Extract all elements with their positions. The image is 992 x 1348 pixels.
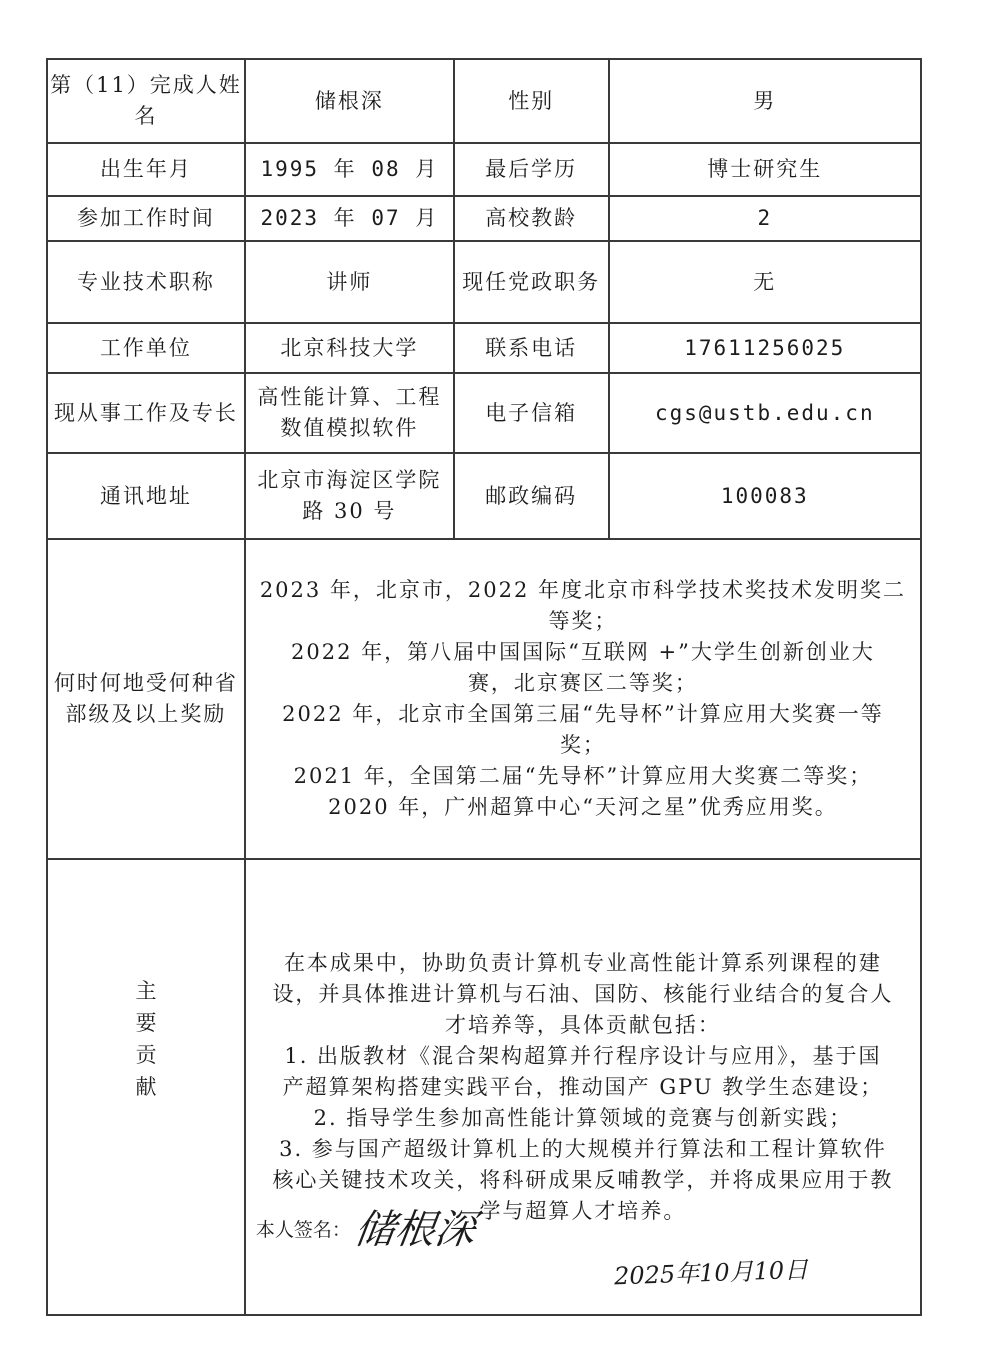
education-label: 最后学历 <box>454 143 609 196</box>
teaching-years-value: 2 <box>609 196 921 241</box>
table-row: 现从事工作及专长 高性能计算、工程数值模拟软件 电子信箱 cgs@ustb.ed… <box>47 373 921 453</box>
contribution-line: 才培养等，具体贡献包括： <box>246 1010 920 1041</box>
phone-label: 联系电话 <box>454 323 609 373</box>
employer-label: 工作单位 <box>47 323 245 373</box>
handwritten-date: 2025年10月10日 <box>613 1255 808 1293</box>
awards-list: 2023 年，北京市，2022 年度北京市科学技术奖技术发明奖二 等奖； 202… <box>245 539 921 859</box>
personal-info-table: 第（11）完成人姓名 储根深 性别 男 出生年月 1995 年 08 月 最后学… <box>46 58 922 1316</box>
name-label: 第（11）完成人姓名 <box>47 59 245 143</box>
award-line: 赛，北京赛区二等奖； <box>246 668 920 699</box>
contribution-line: 产超算架构搭建实践平台，推动国产 GPU 教学生态建设； <box>246 1072 920 1103</box>
contribution-line: 核心关键技术攻关，将科研成果反哺教学，并将成果应用于教 <box>246 1165 920 1196</box>
teaching-years-label: 高校教龄 <box>454 196 609 241</box>
contribution-line: 2. 指导学生参加高性能计算领域的竞赛与创新实践； <box>246 1103 920 1134</box>
handwritten-signature: 储根深 <box>353 1215 477 1246</box>
professional-title-value: 讲师 <box>245 241 454 323</box>
signature-label: 本人签名： <box>256 1215 351 1246</box>
award-line: 等奖； <box>246 606 920 637</box>
award-line: 2020 年，广州超算中心“天河之星”优秀应用奖。 <box>246 792 920 823</box>
contribution-line: 3. 参与国产超级计算机上的大规模并行算法和工程计算软件 <box>246 1134 920 1165</box>
award-line: 奖； <box>246 730 920 761</box>
employer-value: 北京科技大学 <box>245 323 454 373</box>
specialty-value: 高性能计算、工程数值模拟软件 <box>245 373 454 453</box>
email-value: cgs@ustb.edu.cn <box>609 373 921 453</box>
email-label: 电子信箱 <box>454 373 609 453</box>
phone-value: 17611256025 <box>609 323 921 373</box>
address-label: 通讯地址 <box>47 453 245 539</box>
party-post-value: 无 <box>609 241 921 323</box>
birth-label: 出生年月 <box>47 143 245 196</box>
address-value: 北京市海淀区学院路 30 号 <box>245 453 454 539</box>
contribution-body: 在本成果中，协助负责计算机专业高性能计算系列课程的建 设，并具体推进计算机与石油… <box>245 859 921 1315</box>
professional-title-label: 专业技术职称 <box>47 241 245 323</box>
education-value: 博士研究生 <box>609 143 921 196</box>
awards-label: 何时何地受何种省部级及以上奖励 <box>47 539 245 859</box>
name-value: 储根深 <box>245 59 454 143</box>
birth-value: 1995 年 08 月 <box>245 143 454 196</box>
contribution-label: 主 要 贡 献 <box>47 859 245 1315</box>
signature-row: 本人签名： 储根深 <box>256 1215 475 1246</box>
work-start-value: 2023 年 07 月 <box>245 196 454 241</box>
award-form-page: 第（11）完成人姓名 储根深 性别 男 出生年月 1995 年 08 月 最后学… <box>46 58 922 1314</box>
table-row: 专业技术职称 讲师 现任党政职务 无 <box>47 241 921 323</box>
gender-label: 性别 <box>454 59 609 143</box>
table-row: 何时何地受何种省部级及以上奖励 2023 年，北京市，2022 年度北京市科学技… <box>47 539 921 859</box>
table-row: 第（11）完成人姓名 储根深 性别 男 <box>47 59 921 143</box>
award-line: 2023 年，北京市，2022 年度北京市科学技术奖技术发明奖二 <box>246 575 920 606</box>
table-row: 通讯地址 北京市海淀区学院路 30 号 邮政编码 100083 <box>47 453 921 539</box>
work-start-label: 参加工作时间 <box>47 196 245 241</box>
table-row: 出生年月 1995 年 08 月 最后学历 博士研究生 <box>47 143 921 196</box>
table-row: 参加工作时间 2023 年 07 月 高校教龄 2 <box>47 196 921 241</box>
postcode-value: 100083 <box>609 453 921 539</box>
table-row: 工作单位 北京科技大学 联系电话 17611256025 <box>47 323 921 373</box>
contribution-line: 在本成果中，协助负责计算机专业高性能计算系列课程的建 <box>246 948 920 979</box>
award-line: 2022 年，第八届中国国际“互联网 +”大学生创新创业大 <box>246 637 920 668</box>
table-row: 主 要 贡 献 在本成果中，协助负责计算机专业高性能计算系列课程的建 设，并具体… <box>47 859 921 1315</box>
contribution-line: 设，并具体推进计算机与石油、国防、核能行业结合的复合人 <box>246 979 920 1010</box>
contribution-text: 在本成果中，协助负责计算机专业高性能计算系列课程的建 设，并具体推进计算机与石油… <box>246 948 920 1227</box>
specialty-label: 现从事工作及专长 <box>47 373 245 453</box>
award-line: 2021 年，全国第二届“先导杯”计算应用大奖赛二等奖； <box>246 761 920 792</box>
contribution-line: 1. 出版教材《混合架构超算并行程序设计与应用》，基于国 <box>246 1041 920 1072</box>
party-post-label: 现任党政职务 <box>454 241 609 323</box>
award-line: 2022 年，北京市全国第三届“先导杯”计算应用大奖赛一等 <box>246 699 920 730</box>
contribution-label-vertical: 主 要 贡 献 <box>135 975 156 1103</box>
gender-value: 男 <box>609 59 921 143</box>
postcode-label: 邮政编码 <box>454 453 609 539</box>
